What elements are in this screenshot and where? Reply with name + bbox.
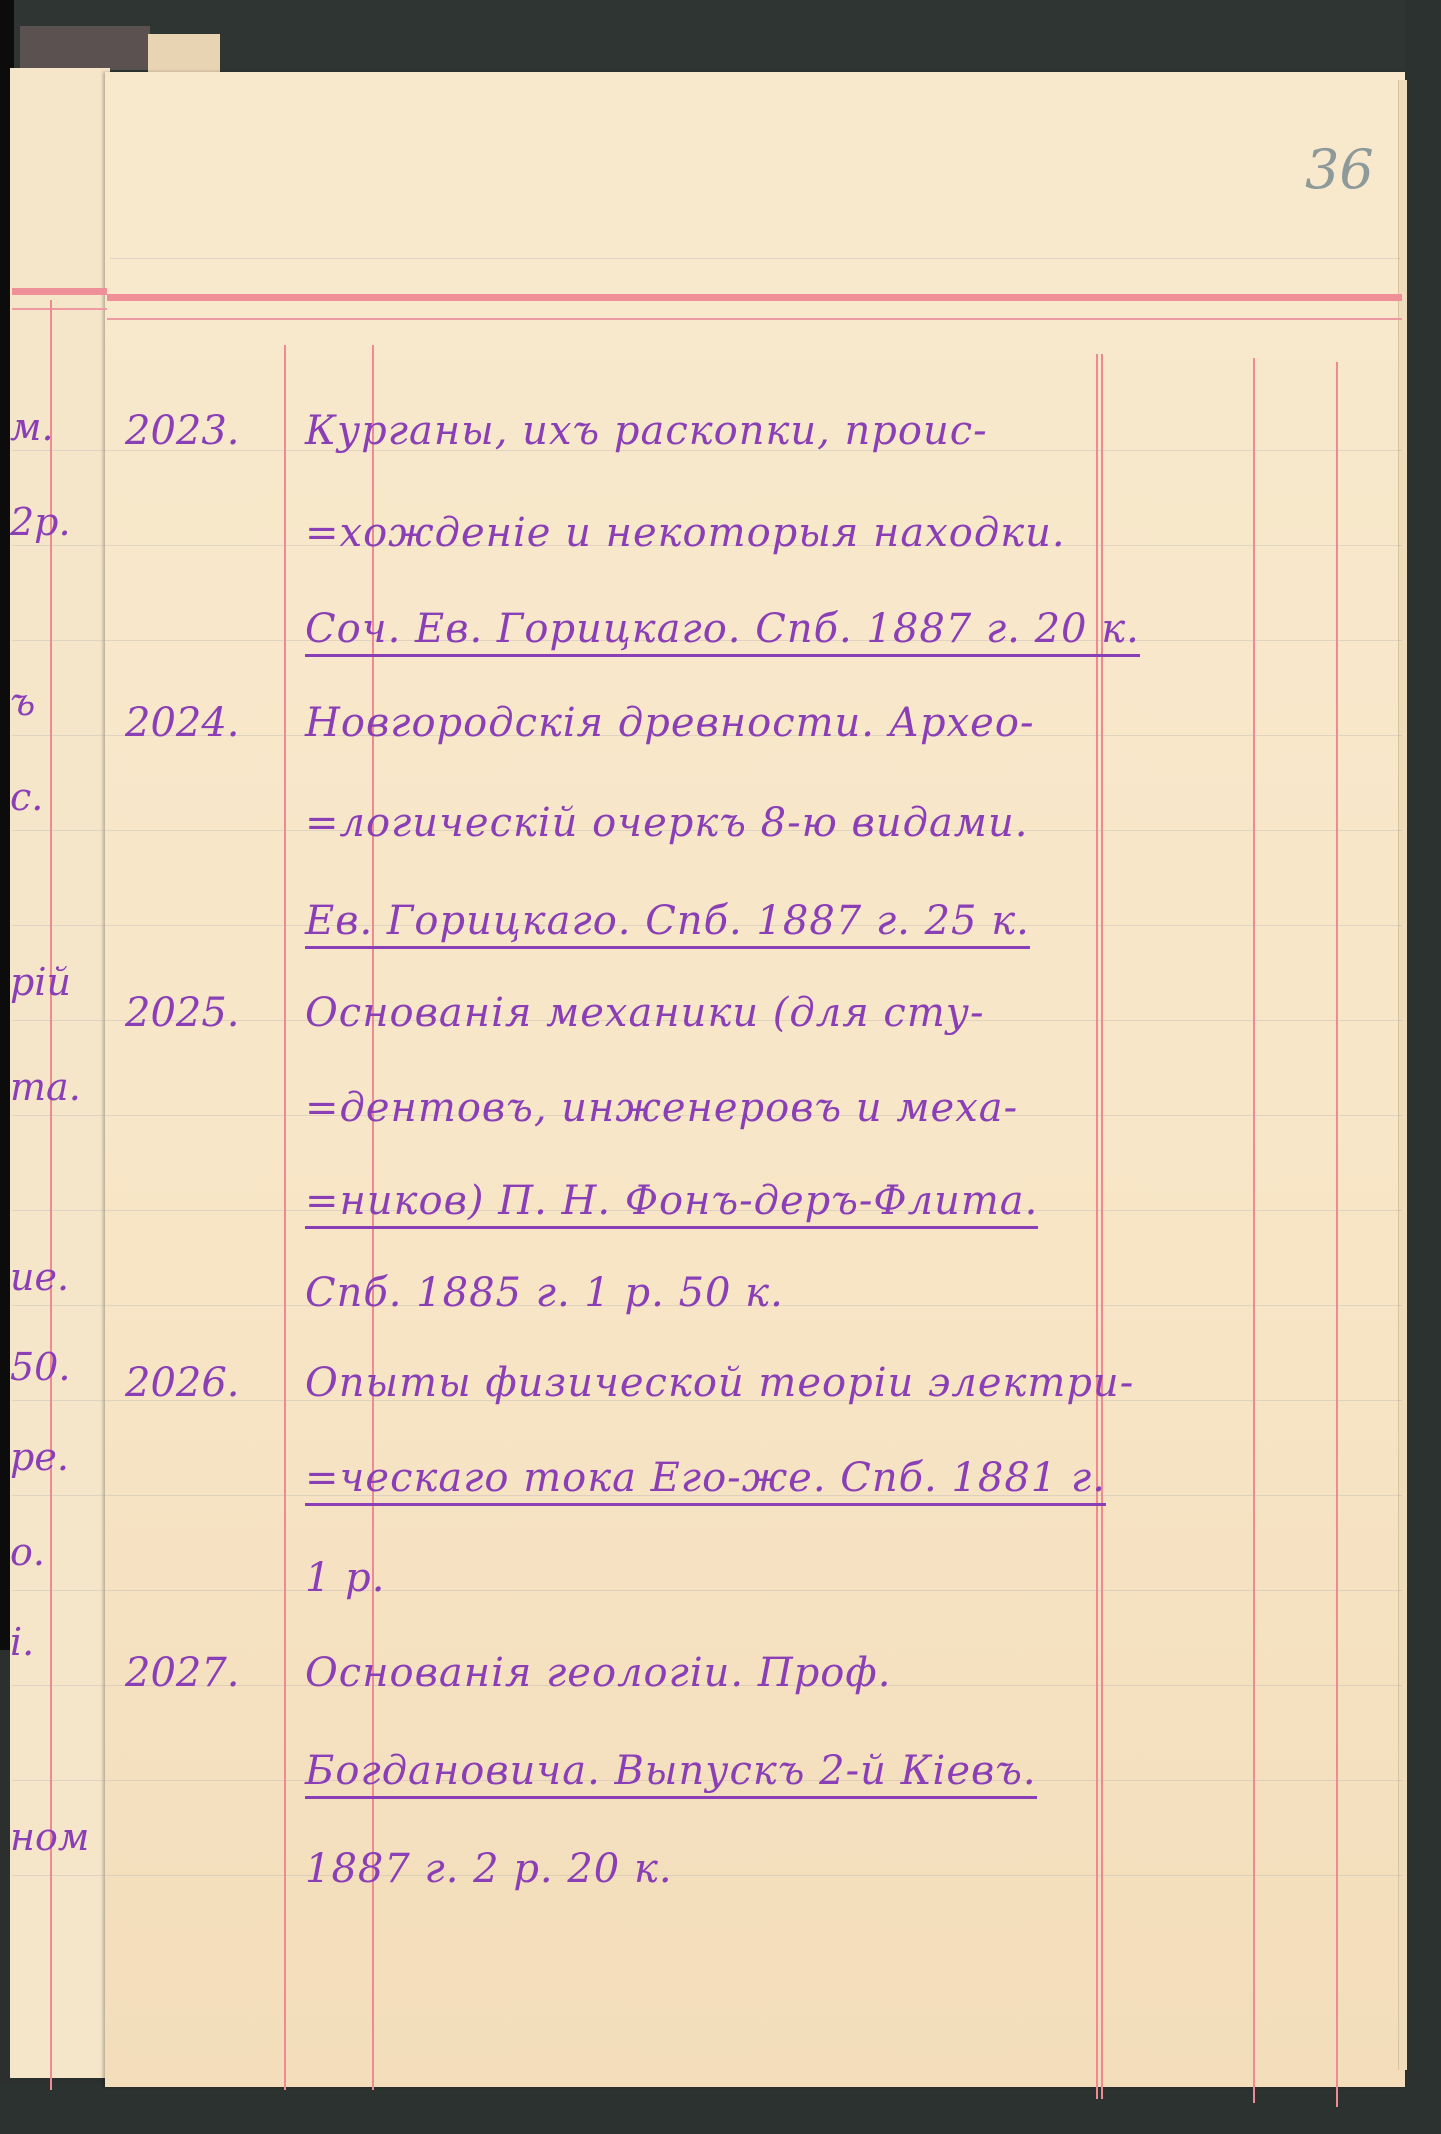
kop-column-rule (1336, 362, 1338, 2107)
entry-line: Новгородскія древности. Архео- (305, 700, 1034, 746)
entry-line: 1 р. (305, 1555, 385, 1601)
faint-top-line (110, 258, 1400, 259)
left-header-rule-thin (12, 308, 107, 310)
entry-line: =логическій очеркъ 8-ю видами. (305, 800, 1028, 846)
number-column-rule (284, 345, 286, 2090)
binder-cover-right (1405, 0, 1441, 2134)
entry-line: Ев. Горицкаго. Спб. 1887 г. 25 к. (305, 898, 1030, 949)
entry-number: 2023. (125, 408, 240, 454)
left-fragment: 50. (10, 1345, 70, 1389)
entry-number: 2025. (125, 990, 240, 1036)
left-fragment: рій (10, 960, 71, 1004)
header-rule-thin (107, 318, 1402, 320)
entry-line: =ческаго тока Его-же. Спб. 1881 г. (305, 1455, 1106, 1506)
entry-line: Основанія геологіи. Проф. (305, 1650, 891, 1696)
rub-column-rule (1253, 358, 1255, 2103)
paper-tab (148, 34, 220, 74)
header-rule-thick (107, 294, 1402, 301)
entry-line: Основанія механики (для сту- (305, 990, 984, 1036)
left-fragment: о. (10, 1530, 45, 1574)
left-fragment: м. (10, 405, 54, 449)
left-fragment: с. (10, 775, 43, 819)
left-fragment: та. (10, 1065, 81, 1109)
entry-line: =хожденіе и некоторыя находки. (305, 510, 1066, 556)
left-fragment: ре. (10, 1435, 69, 1479)
entry-line: Соч. Ев. Горицкаго. Спб. 1887 г. 20 к. (305, 606, 1140, 657)
entry-line: Опыты физической теоріи электри- (305, 1360, 1134, 1406)
entry-line: 1887 г. 2 р. 20 к. (305, 1846, 673, 1892)
left-header-rule (12, 288, 107, 295)
left-fragment: ном (10, 1815, 89, 1859)
entry-line: Спб. 1885 г. 1 р. 50 к. (305, 1270, 784, 1316)
binder-tab (20, 26, 150, 70)
left-fragment: ъ (10, 680, 35, 724)
entry-line: Богдановича. Выпускъ 2-й Кіевъ. (305, 1748, 1037, 1799)
entry-number: 2026. (125, 1360, 240, 1406)
entry-line: =дентовъ, инженеровъ и меха- (305, 1085, 1018, 1131)
binder-cover-bottom (0, 2084, 1441, 2134)
page-edge (1398, 80, 1407, 2070)
entry-number: 2024. (125, 700, 240, 746)
left-fragment: і. (10, 1620, 34, 1664)
left-fragment: ие. (10, 1255, 69, 1299)
entry-number: 2027. (125, 1650, 240, 1696)
entry-line: Курганы, ихъ раскопки, проис- (305, 408, 988, 454)
entry-line: =ников) П. Н. Фонъ-деръ-Флита. (305, 1178, 1038, 1229)
left-fragment: 2р. (10, 500, 71, 544)
folio-number: 36 (1305, 138, 1374, 201)
